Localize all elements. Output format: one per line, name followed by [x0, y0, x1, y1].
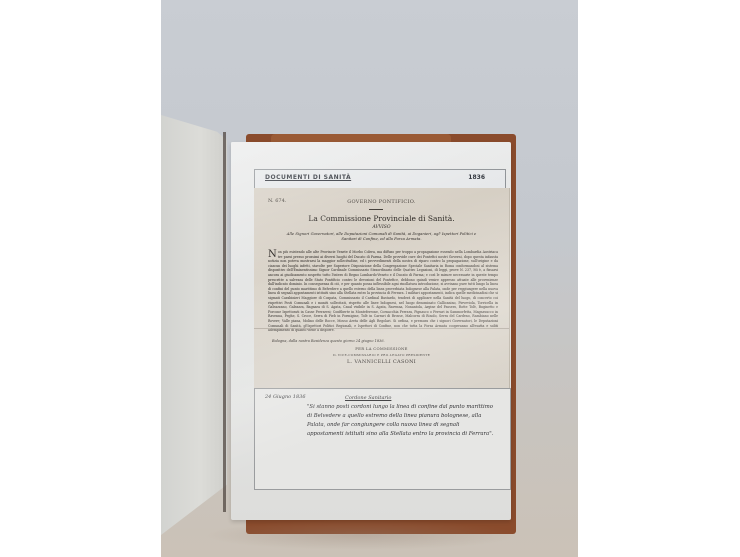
page-header: DOCUMENTI DI SANITÀ 1836	[254, 169, 506, 189]
notice-title: La Commissione Provinciale di Sanità.	[254, 214, 509, 223]
notice-date-line: Bologna, dalla nostra Residenza questo g…	[272, 339, 385, 343]
handwritten-date: 24 Giugno 1836	[265, 394, 306, 400]
notice-rule	[369, 209, 383, 210]
photograph: DOCUMENTI DI SANITÀ 1836 N. 674. GOVERNO…	[161, 0, 578, 557]
left-cover-page	[161, 115, 227, 535]
notice-drop-cap: N	[268, 250, 277, 259]
table-shadow	[201, 520, 521, 550]
page-header-year: 1836	[468, 174, 485, 181]
notice-role: IL VICE-COMMISSARIO E PRO-LEGATO PRESIDE…	[254, 353, 509, 357]
notice-fold-line	[254, 328, 509, 329]
notice-body-text: on più esistendo alle alte Provincie Ven…	[268, 250, 498, 332]
handwritten-title: Cordone Sanitario	[345, 395, 391, 401]
printed-notice: N. 674. GOVERNO PONTIFICIO. La Commissio…	[254, 188, 510, 388]
notice-per: PER LA COMMISSIONE	[254, 346, 509, 351]
notice-heading: AVVISO	[254, 225, 509, 230]
notice-address: Alle Signori Governatori, alle Deputazio…	[284, 231, 479, 241]
notice-body: Non più esistendo alle alte Provincie Ve…	[268, 250, 498, 333]
notice-signature: L. VANNICELLI CASONI	[254, 359, 509, 365]
page-header-title: DOCUMENTI DI SANITÀ	[265, 174, 351, 181]
page-gutter	[223, 132, 226, 512]
notice-government: GOVERNO PONTIFICIO.	[254, 199, 509, 205]
handwritten-note: 24 Giugno 1836 Cordone Sanitario "Si sta…	[254, 388, 511, 490]
archival-page: DOCUMENTI DI SANITÀ 1836 N. 674. GOVERNO…	[231, 142, 511, 520]
handwritten-text: "Si stanno posti cordoni lungo la linea …	[307, 403, 497, 439]
